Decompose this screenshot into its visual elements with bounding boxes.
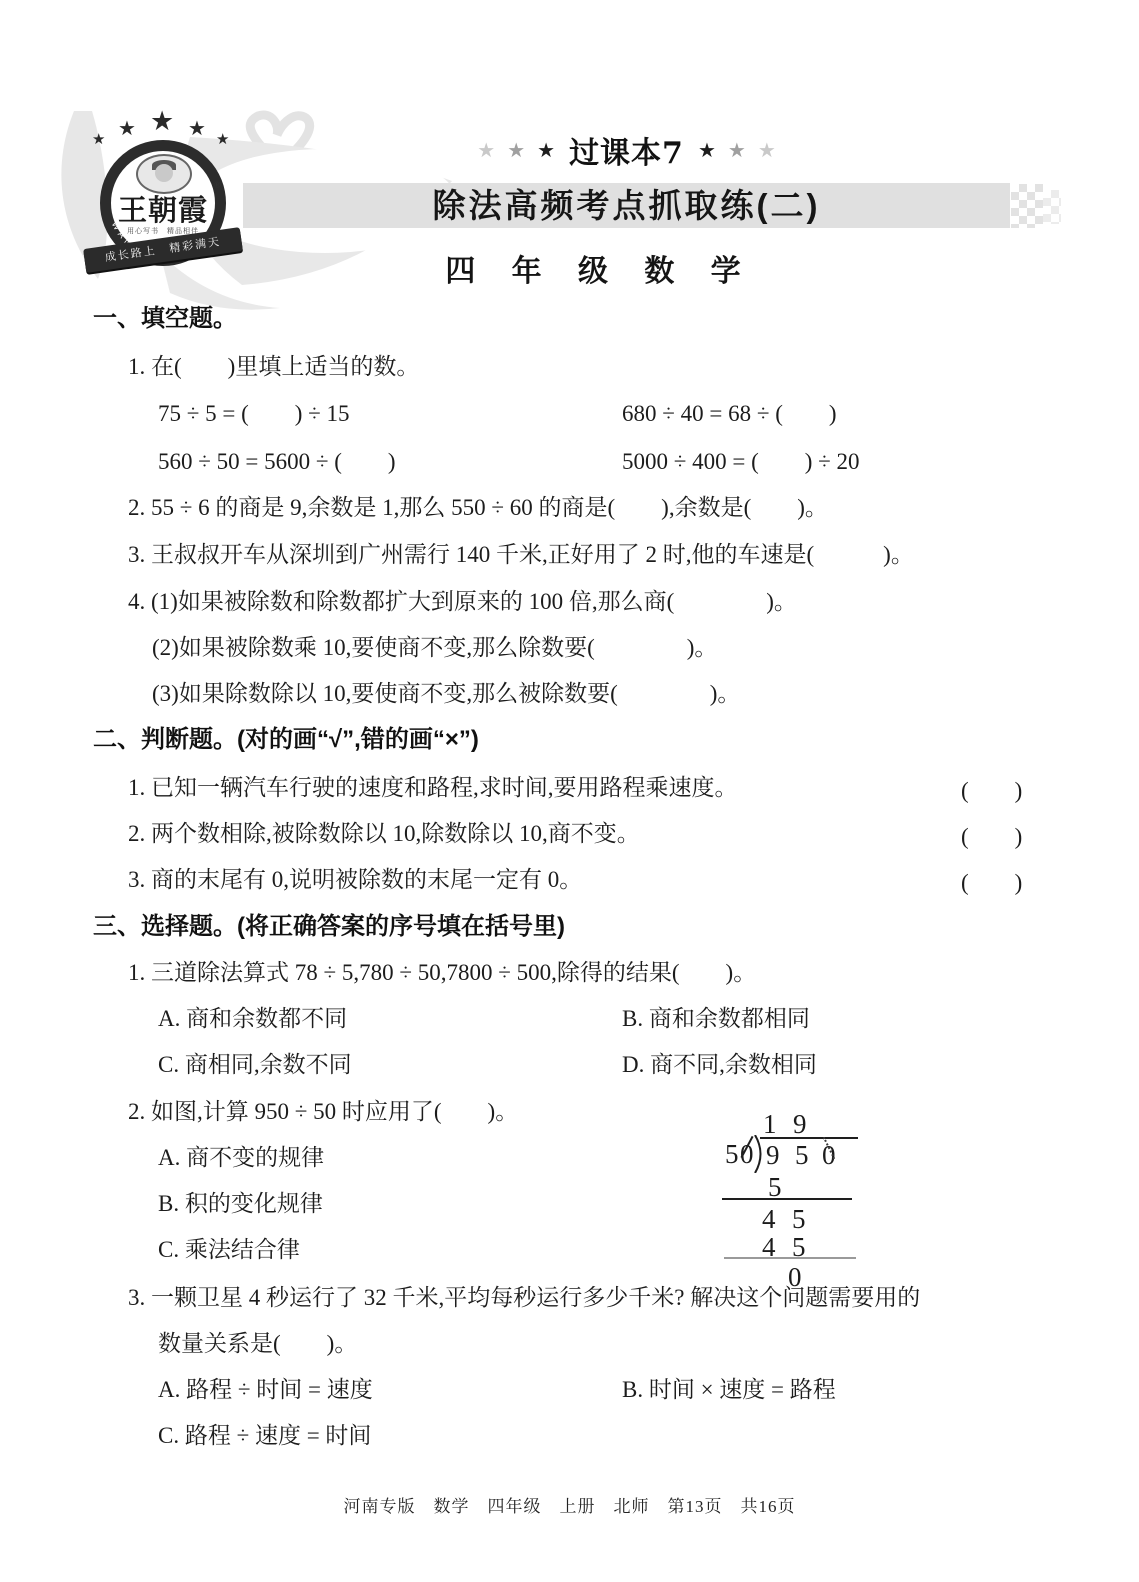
judge-answer-blank-2: ( ) <box>961 818 1022 851</box>
remainder-row-digit: 5 <box>792 1204 806 1234</box>
choice-q3-option-c: C. 路程 ÷ 速度 = 时间 <box>158 1420 371 1452</box>
star-icon: ★ <box>758 138 776 163</box>
choice-q2-option-b: B. 积的变化规律 <box>158 1188 323 1220</box>
badge-star-icon: ★ <box>150 106 174 137</box>
portrait-face <box>155 164 173 182</box>
fillin-q1-row2-left: 560 ÷ 50 = 5600 ÷ ( ) <box>158 446 396 478</box>
long-division-figure: 1 9 5 0 9 5 0 5 4 5 4 5 0 <box>700 1103 875 1298</box>
dividend-digit: 9 <box>766 1140 780 1170</box>
choice-q3-line2: 数量关系是( )。 <box>158 1328 357 1360</box>
fillin-q1-row1-left: 75 ÷ 5 = ( ) ÷ 15 <box>158 398 350 430</box>
star-icon: ★ <box>477 138 495 163</box>
fillin-q2: 2. 55 ÷ 6 的商是 9,余数是 1,那么 550 ÷ 60 的商是( )… <box>128 492 828 524</box>
quotient-digit: 9 <box>793 1109 807 1139</box>
section3-heading: 三、选择题。(将正确答案的序号填在括号里) <box>93 911 565 943</box>
star-icon: ★ <box>537 138 555 163</box>
choice-q1-option-b: B. 商和余数都相同 <box>622 1003 810 1035</box>
dividend-digit: 5 <box>795 1140 809 1170</box>
divisor-digit: 5 <box>725 1139 739 1169</box>
kicker-row: ★ ★ ★ 过课本7 ★ ★ ★ <box>243 128 1010 172</box>
division-rule-line <box>722 1198 852 1200</box>
title-band: 除法高频考点抓取练(二) <box>243 183 1010 228</box>
page-footer: 河南专版 数学 四年级 上册 北师 第13页 共16页 <box>0 1492 1139 1517</box>
fillin-q1-row2-right: 5000 ÷ 400 = ( ) ÷ 20 <box>622 446 860 478</box>
choice-q3-option-a: A. 路程 ÷ 时间 = 速度 <box>158 1374 373 1406</box>
choice-q3-option-b: B. 时间 × 速度 = 路程 <box>622 1374 836 1406</box>
judge-item-1: 1. 已知一辆汽车行驶的速度和路程,求时间,要用路程乘速度。 <box>128 772 738 804</box>
fillin-q4-part3: (3)如果除数除以 10,要使商不变,那么被除数要( )。 <box>152 678 740 710</box>
choice-q3-line1: 3. 一颗卫星 4 秒运行了 32 千米,平均每秒运行多少千米? 解决这个问题需… <box>128 1282 920 1314</box>
fillin-q4-part1: 4. (1)如果被除数和除数都扩大到原来的 100 倍,那么商( )。 <box>128 586 797 618</box>
judge-item-3: 3. 商的末尾有 0,说明被除数的末尾一定有 0。 <box>128 864 582 896</box>
judge-answer-blank-3: ( ) <box>961 864 1022 897</box>
choice-q2-option-a: A. 商不变的规律 <box>158 1142 324 1174</box>
kicker-title: 过课本7 <box>569 128 684 172</box>
section1-heading: 一、填空题。 <box>93 303 237 335</box>
fillin-q4-part2: (2)如果被除数乘 10,要使商不变,那么除数要( )。 <box>152 632 717 664</box>
star-icon: ★ <box>728 138 746 163</box>
checker-decoration <box>1011 184 1043 228</box>
star-icon: ★ <box>698 138 716 163</box>
badge-star-icon: ★ <box>188 116 206 141</box>
choice-q1: 1. 三道除法算式 78 ÷ 5,780 ÷ 50,7800 ÷ 500,除得的… <box>128 957 756 989</box>
grade-subject-subtitle: 四 年 级 数 学 <box>130 246 1070 290</box>
fillin-q1-row1-right: 680 ÷ 40 = 68 ÷ ( ) <box>622 398 837 430</box>
badge-star-icon: ★ <box>118 116 136 141</box>
page-title: 除法高频考点抓取练(二) <box>433 187 821 224</box>
remainder-row-digit: 4 <box>762 1204 776 1234</box>
brand-name: 王朝霞 <box>100 188 226 229</box>
judge-item-2: 2. 两个数相除,被除数除以 10,除数除以 10,商不变。 <box>128 818 640 850</box>
fillin-q3: 3. 王叔叔开车从深圳到广州需行 140 千米,正好用了 2 时,他的车速是( … <box>128 539 914 571</box>
fillin-q1: 1. 在( )里填上适当的数。 <box>128 351 419 383</box>
choice-q2: 2. 如图,计算 950 ÷ 50 时应用了( )。 <box>128 1096 518 1128</box>
division-rule-line <box>724 1257 856 1259</box>
registered-mark: ® <box>214 180 221 190</box>
checker-decoration <box>1043 190 1061 224</box>
choice-q1-option-d: D. 商不同,余数相同 <box>622 1049 817 1081</box>
worksheet-page: ★ ★ ★ ★ ★ WANGZHAOXIA 王朝霞 ® 用心写书 精品相伴 成长… <box>0 0 1139 1582</box>
choice-q2-option-c: C. 乘法结合律 <box>158 1234 300 1266</box>
choice-q1-option-a: A. 商和余数都不同 <box>158 1003 347 1035</box>
division-bracket <box>753 1135 767 1173</box>
star-icon: ★ <box>507 138 525 163</box>
section2-heading: 二、判断题。(对的画“√”,错的画“×”) <box>93 724 479 756</box>
vinculum-line <box>760 1137 858 1139</box>
choice-q1-option-c: C. 商相同,余数不同 <box>158 1049 352 1081</box>
judge-answer-blank-1: ( ) <box>961 772 1022 805</box>
